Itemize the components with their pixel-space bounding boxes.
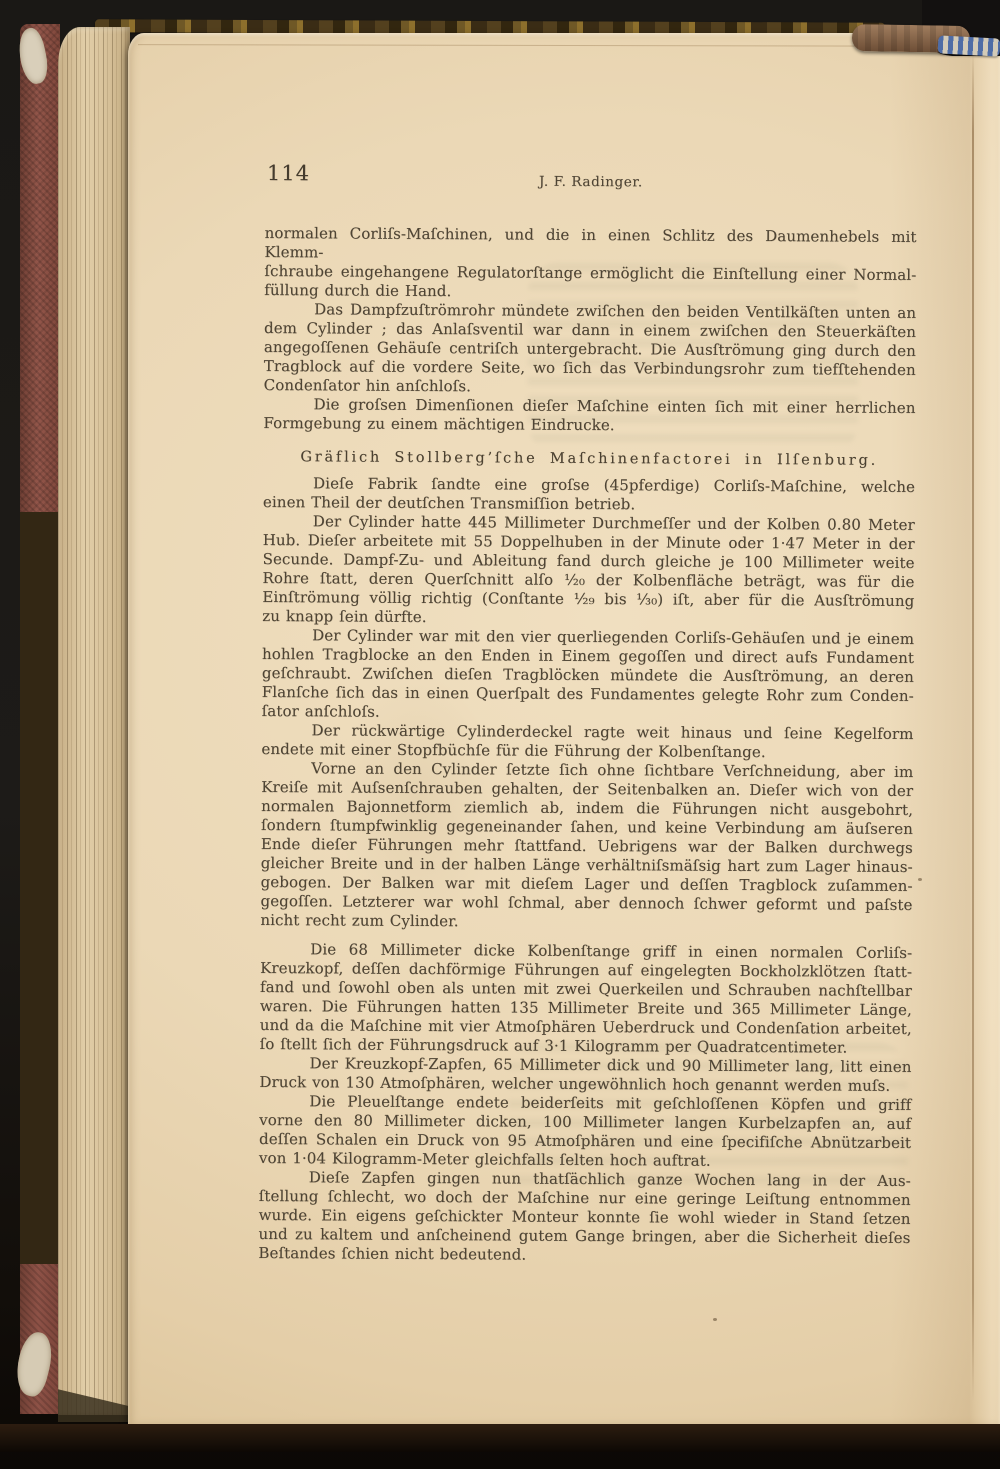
- paragraph: Dieſe Fabrik ſandte eine groſse (45pferd…: [263, 474, 915, 516]
- photo-background: 114 J. F. Radinger. normalen Corliſs-Maſ…: [0, 0, 1000, 1469]
- paper-speck: [713, 1318, 717, 1321]
- text-line: nicht recht zum Cylinder.: [260, 911, 912, 934]
- paragraph: Dieſe Zapfen gingen nun thatſächlich gan…: [258, 1168, 911, 1267]
- paragraph: Die 68 Millimeter dicke Kolbenſtange gri…: [260, 940, 913, 1058]
- marbled-cover-paper: [20, 512, 60, 1264]
- text-line: Beſtandes ſchien nicht bedeutend.: [258, 1244, 910, 1267]
- paragraph: Der Cylinder war mit den vier querliegen…: [262, 626, 915, 725]
- text-line: Formgebung zu einem mächtigen Eindrucke.: [263, 414, 915, 437]
- paragraph: Die groſsen Dimenſionen dieſer Maſchine …: [263, 395, 915, 437]
- paragraph: Die Pleuelſtange endete beiderſeits mit …: [259, 1092, 911, 1172]
- page-header: 114 J. F. Radinger.: [265, 168, 917, 194]
- paragraph: Der Cylinder hatte 445 Millimeter Durchm…: [262, 512, 915, 630]
- leather-spine-top: [20, 24, 60, 512]
- book-cover-left: [20, 24, 60, 1414]
- running-header: J. F. Radinger.: [265, 171, 917, 194]
- book-page: 114 J. F. Radinger. normalen Corliſs-Maſ…: [128, 33, 1000, 1425]
- paragraph: Vorne an den Cylinder ſetzte ſich ohne ſ…: [260, 759, 913, 934]
- section-heading: Gräflich Stollberg’ſche Maſchinenfactore…: [263, 448, 915, 471]
- text-body: normalen Corliſs-Maſchinen, und die in e…: [258, 224, 916, 1267]
- printed-text-block: 114 J. F. Radinger. normalen Corliſs-Maſ…: [258, 168, 917, 1267]
- paragraph: Das Dampfzuſtrömrohr mündete zwiſchen de…: [264, 300, 917, 399]
- book-bottom-edge: [0, 1424, 1000, 1452]
- paragraph: normalen Corliſs-Maſchinen, und die in e…: [264, 224, 916, 304]
- gutter-fold-line: [972, 51, 974, 1401]
- text-line: normalen Corliſs-Maſchinen, und die in e…: [264, 224, 916, 266]
- page-edges-stack: [58, 27, 130, 1415]
- paragraph: Der rückwärtige Cylinderdeckel ragte wei…: [261, 721, 913, 763]
- paragraph: Der Kreuzkopf-Zapfen, 65 Millimeter dick…: [259, 1054, 911, 1096]
- headband: [938, 35, 1000, 56]
